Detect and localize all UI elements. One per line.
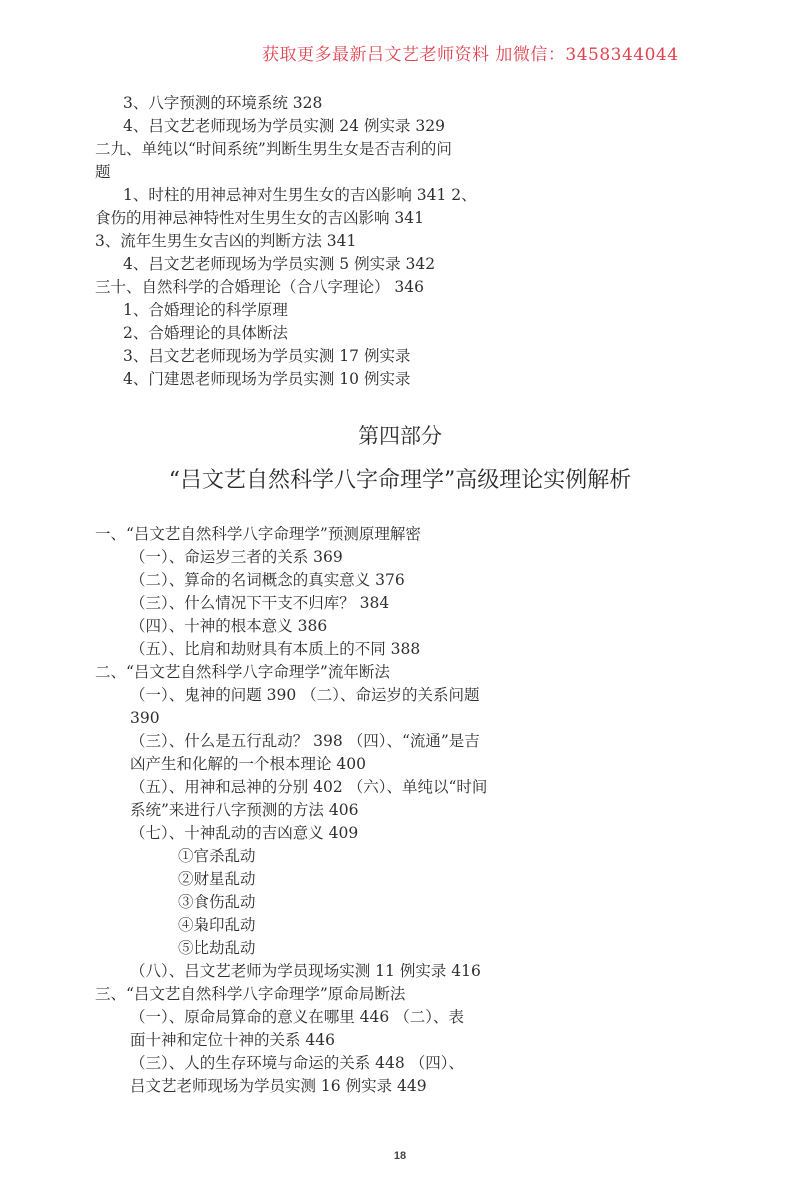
toc-entry: 二、“吕文艺自然科学八字命理学”流年断法 [95, 662, 390, 682]
toc-entry: 3、八字预测的环境系统 328 [123, 93, 322, 113]
toc-entry: （三）、什么是五行乱动？ 398 （四）、“流通”是吉 [130, 731, 480, 751]
toc-entry: 3、吕文艺老师现场为学员实测 17 例实录 [123, 346, 410, 366]
toc-entry: （五）、比肩和劫财具有本质上的不同 388 [130, 639, 420, 659]
toc-entry: 3、流年生男生女吉凶的判断方法 341 [95, 231, 356, 251]
toc-entry: （一）、原命局算命的意义在哪里 446 （二）、表 [130, 1007, 464, 1027]
toc-entry: 一、“吕文艺自然科学八字命理学”预测原理解密 [95, 524, 421, 544]
page-number: 18 [0, 1150, 800, 1162]
toc-entry: ⑤比劫乱动 [178, 938, 256, 958]
toc-entry: ②财星乱动 [178, 869, 256, 889]
toc-entry: （三）、人的生存环境与命运的关系 448 （四）、 [130, 1053, 464, 1073]
toc-entry: ③食伤乱动 [178, 892, 256, 912]
toc-entry: （七）、十神乱动的吉凶意义 409 [130, 823, 358, 843]
toc-entry: 食伤的用神忌神特性对生男生女的吉凶影响 341 [95, 208, 424, 228]
toc-entry: 4、吕文艺老师现场为学员实测 5 例实录 342 [123, 254, 435, 274]
toc-entry: （五）、用神和忌神的分别 402 （六）、单纯以“时间 [130, 777, 487, 797]
toc-entry: 4、吕文艺老师现场为学员实测 24 例实录 329 [123, 116, 445, 136]
toc-entry: （一）、命运岁三者的关系 369 [130, 547, 343, 567]
toc-entry: （八）、吕文艺老师为学员现场实测 11 例实录 416 [130, 961, 481, 981]
toc-entry: ④枭印乱动 [178, 915, 256, 935]
toc-entry: （三）、什么情况下干支不归库？ 384 [130, 593, 389, 613]
toc-entry: （一）、鬼神的问题 390 （二）、命运岁的关系问题 [130, 685, 479, 705]
toc-entry: （四）、十神的根本意义 386 [130, 616, 327, 636]
toc-entry: 三、“吕文艺自然科学八字命理学”原命局断法 [95, 984, 405, 1004]
toc-entry: 2、合婚理论的具体断法 [123, 323, 288, 343]
toc-entry: 题 [95, 162, 111, 182]
toc-entry: 二九、单纯以“时间系统”判断生男生女是否吉利的问 [95, 139, 452, 159]
toc-entry: ①官杀乱动 [178, 846, 256, 866]
toc-entry: 1、合婚理论的科学原理 [123, 300, 288, 320]
toc-entry: 4、门建恩老师现场为学员实测 10 例实录 [123, 369, 410, 389]
toc-entry: 390 [130, 708, 160, 728]
toc-entry: 吕文艺老师现场为学员实测 16 例实录 449 [130, 1076, 427, 1096]
part-heading: 第四部分 [0, 420, 800, 450]
toc-entry: 1、时柱的用神忌神对生男生女的吉凶影响 341 2、 [123, 185, 477, 205]
toc-entry: 三十、自然科学的合婚理论（合八字理论） 346 [95, 277, 424, 297]
toc-entry: 系统”来进行八字预测的方法 406 [130, 800, 358, 820]
part-subtitle: “吕文艺自然科学八字命理学”高级理论实例解析 [0, 463, 800, 494]
toc-entry: （二）、算命的名词概念的真实意义 376 [130, 570, 405, 590]
toc-entry: 凶产生和化解的一个根本理论 400 [130, 754, 366, 774]
toc-entry: 面十神和定位十神的关系 446 [130, 1030, 335, 1050]
watermark: 获取更多最新吕文艺老师资料 加微信：3458344044 [262, 40, 679, 65]
